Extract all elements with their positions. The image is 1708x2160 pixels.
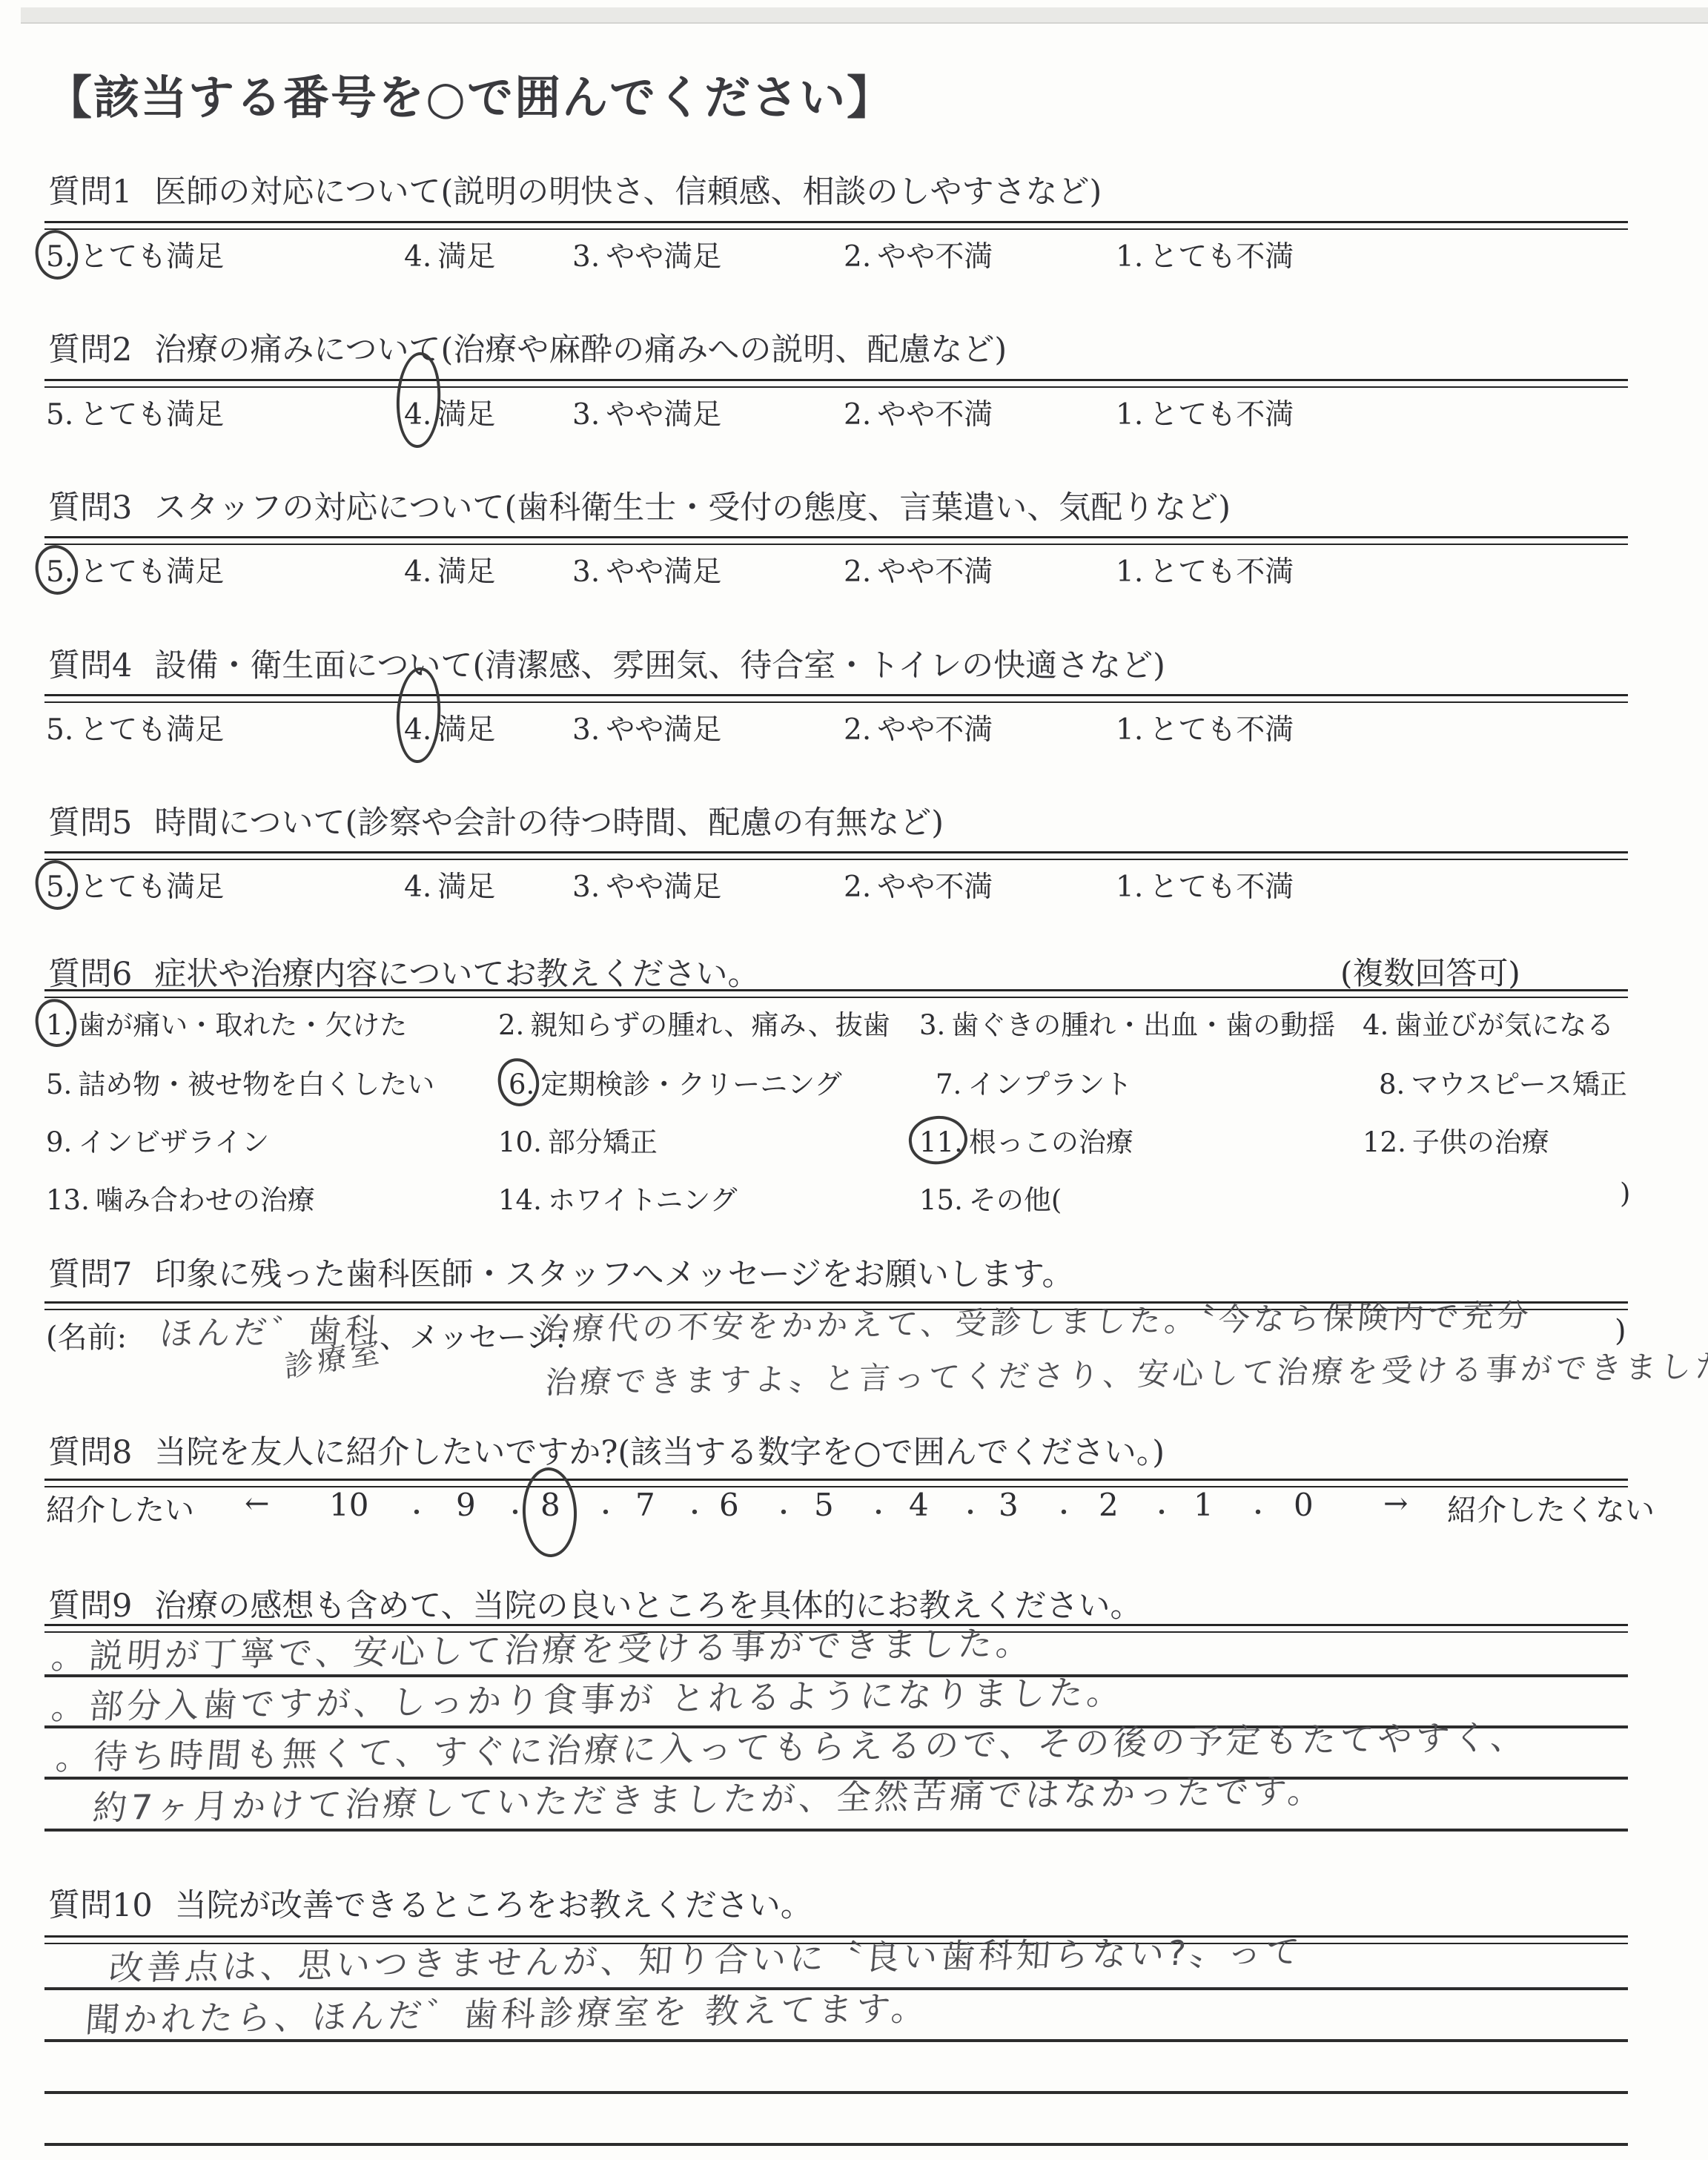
q3-opt-5-num: 5. — [46, 555, 73, 589]
q6-item-15-label: その他( — [969, 1184, 1062, 1216]
q4-options-row: 5.とても満足 4.満足 3.やや満足 2.やや不満 1.とても不満 — [0, 707, 1708, 753]
q10-answer-line-4 — [44, 2143, 1628, 2146]
q8-score-2-num: 2 — [1099, 1487, 1119, 1523]
q8-dot: ・ — [771, 1493, 796, 1529]
q2-opt-3: 3.やや満足 — [572, 392, 721, 433]
q3-opt-3: 3.やや満足 — [572, 549, 721, 590]
q4-opt-2: 2.やや不満 — [844, 707, 993, 748]
q8-scale-row: 紹介したい ← 10 ・ 9 ・ 8 ・ 7 ・ 6 ・ 5 ・ 4 ・ 3 ・… — [0, 1487, 1708, 1539]
form-title: 【該当する番号を○で囲んでください】 — [46, 61, 894, 127]
q1-opt-1-label: とても不満 — [1149, 240, 1294, 274]
q10-answer-line-3 — [44, 2091, 1628, 2094]
q6-item-10-num: 10. — [498, 1126, 542, 1158]
q3-heading: スタッフの対応について(歯科衛生士・受付の態度、言葉遣い、気配りなど) — [154, 483, 1231, 528]
q6-item-6-num: 6. — [509, 1069, 534, 1100]
q2-opt-2-label: やや不満 — [877, 398, 993, 432]
q3-opt-5: 5.とても満足 — [46, 549, 224, 590]
q1-opt-3: 3.やや満足 — [572, 234, 721, 275]
rule-under-q4 — [44, 694, 1628, 703]
q5-opt-3: 3.やや満足 — [572, 864, 721, 905]
q10-label: 質問10 — [48, 1880, 153, 1926]
q8-dot: ・ — [958, 1493, 983, 1529]
q8-score-1-num: 1 — [1194, 1487, 1214, 1523]
q3-opt-2-num: 2. — [844, 555, 871, 589]
q6-heading: 症状や治療内容についてお教えください。 — [154, 949, 759, 994]
q6-item-12: 12.子供の治療 — [1363, 1120, 1549, 1160]
q6-item-11-label: 根っこの治療 — [969, 1126, 1133, 1158]
scan-artifact-band — [21, 7, 1708, 24]
q7-message-line2-handwritten: 治療できますよ〟と言ってくださり、安心して治療を受ける事ができました。 — [544, 1341, 1708, 1403]
q1-opt-4-num: 4. — [404, 240, 431, 274]
q3-opt-1-num: 1. — [1116, 555, 1143, 589]
q2-opt-5-num: 5. — [46, 398, 73, 432]
q4-opt-4-num: 4. — [404, 713, 431, 747]
q6-item-14-num: 14. — [498, 1184, 542, 1216]
q8-dot: ・ — [593, 1493, 618, 1529]
q7-message-line1-handwritten: 治療代の不安をかかえて、受診しました。〝今なら保険内で充分 — [537, 1291, 1534, 1350]
q2-heading: 治療の痛みについて(治療や麻酔の痛みへの説明、配慮など) — [154, 325, 1007, 370]
q4-opt-3: 3.やや満足 — [572, 707, 721, 748]
q1-opt-2-label: やや不満 — [877, 240, 993, 274]
q6-item-5-num: 5. — [46, 1069, 72, 1100]
q7-name-prefix: (名前: — [46, 1314, 127, 1356]
q5-opt-4: 4.満足 — [404, 864, 495, 905]
q6-item-7-label: インプラント — [967, 1069, 1132, 1100]
q3-opt-1-label: とても不満 — [1149, 555, 1294, 589]
q6-item-15-num: 15. — [919, 1184, 963, 1216]
q8-score-0-num: 0 — [1294, 1487, 1314, 1523]
q4-opt-5: 5.とても満足 — [46, 707, 224, 748]
q1-opt-5-label: とても満足 — [79, 240, 224, 274]
q4-opt-1-label: とても不満 — [1149, 713, 1294, 747]
rule-under-q5 — [44, 851, 1628, 860]
q5-heading: 時間について(診察や会計の待つ時間、配慮の有無など) — [154, 798, 944, 843]
q6-item-4-num: 4. — [1363, 1009, 1388, 1041]
q5-label: 質問5 — [48, 798, 132, 843]
q6-label: 質問6 — [48, 949, 132, 994]
q5-opt-2-num: 2. — [844, 871, 871, 904]
q6-item-3: 3.歯ぐきの腫れ・出血・歯の動揺 — [919, 1003, 1335, 1043]
q6-item-8-label: マウスピース矯正 — [1411, 1069, 1627, 1100]
q1-opt-2-num: 2. — [844, 240, 871, 274]
q4-opt-4-label: 満足 — [437, 713, 495, 747]
q6-item-3-label: 歯ぐきの腫れ・出血・歯の動揺 — [951, 1009, 1335, 1041]
q6-item-11: 11.根っこの治療 — [919, 1120, 1133, 1160]
q6-item-5-label: 詰め物・被せ物を白くしたい — [78, 1069, 434, 1100]
q3-options-row: 5.とても満足 4.満足 3.やや満足 2.やや不満 1.とても不満 — [0, 549, 1708, 595]
q2-opt-4-num: 4. — [404, 398, 431, 432]
rule-under-q3 — [44, 536, 1628, 545]
q4-opt-1: 1.とても不満 — [1116, 707, 1294, 748]
q8-dot: ・ — [1149, 1493, 1174, 1529]
q6-item-11-num: 11. — [919, 1126, 963, 1158]
q2-opt-3-label: やや満足 — [606, 398, 721, 432]
q8-score-6: 6 — [719, 1487, 739, 1523]
q3-opt-3-label: やや満足 — [606, 555, 721, 589]
q5-opt-5-label: とても満足 — [79, 871, 224, 904]
q5-opt-3-num: 3. — [572, 871, 600, 904]
q6-item-7: 7.インプラント — [936, 1062, 1132, 1102]
q7-label: 質問7 — [48, 1249, 132, 1295]
q8-score-8-num: 8 — [540, 1487, 560, 1523]
q8-score-10-num: 10 — [329, 1487, 368, 1523]
q4-label: 質問4 — [48, 641, 132, 686]
q10-answer-line-2 — [44, 2039, 1628, 2042]
q1-opt-4-label: 満足 — [437, 240, 495, 274]
q6-item-13-label: 噛み合わせの治療 — [96, 1184, 315, 1216]
q6-item-9-label: インビザライン — [78, 1126, 269, 1158]
q8-dot: ・ — [1051, 1493, 1076, 1529]
q8-score-9: 9 — [456, 1487, 476, 1523]
q9-label: 質問9 — [48, 1581, 132, 1626]
q6-item-6: 6.定期検診・クリーニング — [509, 1062, 842, 1102]
q2-opt-4-label: 満足 — [437, 398, 495, 432]
q2-heading-row: 質問2 治療の痛みについて(治療や麻酔の痛みへの説明、配慮など) — [48, 325, 1007, 370]
q3-opt-4-num: 4. — [404, 555, 431, 589]
q6-item-13-num: 13. — [46, 1184, 90, 1216]
q1-opt-3-num: 3. — [572, 240, 600, 274]
q8-score-6-num: 6 — [719, 1487, 739, 1523]
q3-opt-3-num: 3. — [572, 555, 600, 589]
q6-row-2: 5.詰め物・被せ物を白くしたい 6.定期検診・クリーニング 7.インプラント 8… — [0, 1062, 1708, 1108]
q6-item-12-num: 12. — [1363, 1126, 1406, 1158]
q8-score-7: 7 — [635, 1487, 655, 1523]
q3-opt-1: 1.とても不満 — [1116, 549, 1294, 590]
q6-row-4: 13.噛み合わせの治療 14.ホワイトニング 15.その他( ) — [0, 1178, 1708, 1223]
q2-opt-5: 5.とても満足 — [46, 392, 224, 433]
q6-item-9-num: 9. — [46, 1126, 72, 1158]
q10-answer-line-2-handwritten: 聞かれたら、ほんだ゛歯科診療室を 教えてます。 — [84, 1981, 931, 2042]
q4-opt-2-num: 2. — [844, 713, 871, 747]
q4-heading-row: 質問4 設備・衛生面について(清潔感、雰囲気、待合室・トイレの快適さなど) — [48, 641, 1165, 686]
q6-item-8: 8.マウスピース矯正 — [1379, 1062, 1627, 1102]
q1-opt-5: 5.とても満足 — [46, 234, 224, 275]
q8-right-arrow: → — [1383, 1487, 1409, 1521]
q2-opt-1-label: とても不満 — [1149, 398, 1294, 432]
q8-left-label: 紹介したい — [46, 1487, 194, 1529]
q5-options-row: 5.とても満足 4.満足 3.やや満足 2.やや不満 1.とても不満 — [0, 864, 1708, 910]
q4-opt-1-num: 1. — [1116, 713, 1143, 747]
q2-opt-1-num: 1. — [1116, 398, 1143, 432]
q8-score-9-num: 9 — [456, 1487, 476, 1523]
q10-answer-line-1-handwritten: 改善点は、思いつきませんが、知り合いに〝良い歯科知らない?〟って — [107, 1925, 1305, 1991]
q10-heading-row: 質問10 当院が改善できるところをお教えください。 — [48, 1880, 812, 1926]
q8-dot: ・ — [866, 1493, 891, 1529]
q8-dot: ・ — [1245, 1493, 1271, 1529]
q1-heading: 医師の対応について(説明の明快さ、信頼感、相談のしやすさなど) — [154, 167, 1102, 212]
q6-item-5: 5.詰め物・被せ物を白くしたい — [46, 1062, 434, 1102]
q7-heading: 印象に残った歯科医師・スタッフへメッセージをお願いします。 — [154, 1249, 1073, 1295]
q5-opt-2: 2.やや不満 — [844, 864, 993, 905]
q2-opt-2-num: 2. — [844, 398, 871, 432]
q8-score-5-num: 5 — [814, 1487, 834, 1523]
q7-heading-row: 質問7 印象に残った歯科医師・スタッフへメッセージをお願いします。 — [48, 1249, 1073, 1295]
q6-item-2-label: 親知らずの腫れ、痛み、抜歯 — [530, 1009, 890, 1041]
q8-score-4-num: 4 — [909, 1487, 929, 1523]
q3-heading-row: 質問3 スタッフの対応について(歯科衛生士・受付の態度、言葉遣い、気配りなど) — [48, 483, 1231, 528]
q4-opt-3-num: 3. — [572, 713, 600, 747]
q2-opt-2: 2.やや不満 — [844, 392, 993, 433]
q6-item-4-label: 歯並びが気になる — [1394, 1009, 1614, 1041]
q6-item-8-num: 8. — [1379, 1069, 1405, 1100]
q6-item-1: 1.歯が痛い・取れた・欠けた — [46, 1003, 407, 1043]
q1-heading-row: 質問1 医師の対応について(説明の明快さ、信頼感、相談のしやすさなど) — [48, 167, 1102, 212]
q8-left-arrow: ← — [245, 1487, 270, 1521]
rule-under-q6 — [44, 989, 1628, 998]
q6-row-3: 9.インビザライン 10.部分矯正 11.根っこの治療 12.子供の治療 — [0, 1120, 1708, 1166]
q8-dot: ・ — [682, 1493, 707, 1529]
q2-options-row: 5.とても満足 4.満足 3.やや満足 2.やや不満 1.とても不満 — [0, 392, 1708, 437]
q4-opt-5-num: 5. — [46, 713, 73, 747]
q9-answer-line-4 — [44, 1829, 1628, 1832]
q1-opt-4: 4.満足 — [404, 234, 495, 275]
q5-opt-5: 5.とても満足 — [46, 864, 224, 905]
q2-opt-1: 1.とても不満 — [1116, 392, 1294, 433]
q6-item-4: 4.歯並びが気になる — [1363, 1003, 1614, 1043]
q10-heading: 当院が改善できるところをお教えください。 — [175, 1880, 812, 1926]
q1-opt-1-num: 1. — [1116, 240, 1143, 274]
q6-item-3-num: 3. — [919, 1009, 945, 1041]
q5-opt-1-num: 1. — [1116, 871, 1143, 904]
q1-opt-1: 1.とても不満 — [1116, 234, 1294, 275]
q6-item-6-label: 定期検診・クリーニング — [540, 1069, 841, 1100]
q6-heading-row: 質問6 症状や治療内容についてお教えください。 — [48, 949, 760, 994]
q8-dot: ・ — [404, 1493, 429, 1529]
q8-score-2: 2 — [1099, 1487, 1119, 1523]
q8-score-7-num: 7 — [635, 1487, 655, 1523]
q4-opt-2-label: やや不満 — [877, 713, 993, 747]
q6-item-1-num: 1. — [46, 1009, 72, 1041]
q6-other-close-paren: ) — [1620, 1178, 1630, 1209]
q6-item-14-label: ホワイトニング — [548, 1184, 738, 1216]
q8-dot: ・ — [503, 1493, 528, 1529]
q4-opt-5-label: とても満足 — [79, 713, 224, 747]
q8-score-5: 5 — [814, 1487, 834, 1523]
q3-opt-4-label: 満足 — [437, 555, 495, 589]
q5-opt-3-label: やや満足 — [606, 871, 721, 904]
q1-opt-5-num: 5. — [46, 240, 73, 274]
q1-opt-2: 2.やや不満 — [844, 234, 993, 275]
q1-label: 質問1 — [48, 167, 132, 212]
q1-opt-3-label: やや満足 — [606, 240, 721, 274]
q5-heading-row: 質問5 時間について(診察や会計の待つ時間、配慮の有無など) — [48, 798, 944, 843]
q5-opt-1: 1.とても不満 — [1116, 864, 1294, 905]
q6-item-9: 9.インビザライン — [46, 1120, 269, 1160]
q6-item-2: 2.親知らずの腫れ、痛み、抜歯 — [498, 1003, 890, 1043]
q5-opt-5-num: 5. — [46, 871, 73, 904]
q8-score-0: 0 — [1294, 1487, 1314, 1523]
q8-label: 質問8 — [48, 1427, 132, 1473]
scanned-survey-form: 【該当する番号を○で囲んでください】 質問1 医師の対応について(説明の明快さ、… — [0, 0, 1708, 2160]
q3-opt-4: 4.満足 — [404, 549, 495, 590]
q6-item-15: 15.その他( — [919, 1178, 1062, 1218]
q4-heading: 設備・衛生面について(清潔感、雰囲気、待合室・トイレの快適さなど) — [154, 641, 1165, 686]
q2-opt-5-label: とても満足 — [79, 398, 224, 432]
q8-score-4: 4 — [909, 1487, 929, 1523]
q8-heading-row: 質問8 当院を友人に紹介したいですか?(該当する数字を○で囲んでください。) — [48, 1427, 1165, 1473]
q5-opt-4-num: 4. — [404, 871, 431, 904]
q5-opt-2-label: やや不満 — [877, 871, 993, 904]
q3-opt-5-label: とても満足 — [79, 555, 224, 589]
rule-under-q2 — [44, 379, 1628, 388]
q3-opt-2-label: やや不満 — [877, 555, 993, 589]
q4-opt-4: 4.満足 — [404, 707, 495, 748]
q6-row-1: 1.歯が痛い・取れた・欠けた 2.親知らずの腫れ、痛み、抜歯 3.歯ぐきの腫れ・… — [0, 1003, 1708, 1048]
q6-item-1-label: 歯が痛い・取れた・欠けた — [78, 1009, 407, 1041]
rule-under-q1 — [44, 221, 1628, 230]
q8-score-3-num: 3 — [999, 1487, 1019, 1523]
q6-multi-answer-note: (複数回答可) — [1340, 949, 1520, 994]
q3-opt-2: 2.やや不満 — [844, 549, 993, 590]
q8-score-10: 10 — [329, 1487, 368, 1523]
q6-item-13: 13.噛み合わせの治療 — [46, 1178, 315, 1218]
q6-item-10-label: 部分矯正 — [548, 1126, 658, 1158]
q3-label: 質問3 — [48, 483, 132, 528]
q2-opt-3-num: 3. — [572, 398, 600, 432]
q6-item-12-label: 子供の治療 — [1412, 1126, 1549, 1158]
q5-opt-1-label: とても不満 — [1149, 871, 1294, 904]
q8-score-8: 8 — [540, 1487, 560, 1523]
q6-item-14: 14.ホワイトニング — [498, 1178, 738, 1218]
q8-score-1: 1 — [1194, 1487, 1214, 1523]
q8-right-label: 紹介したくない — [1447, 1487, 1655, 1529]
q4-opt-3-label: やや満足 — [606, 713, 721, 747]
q5-opt-4-label: 満足 — [437, 871, 495, 904]
q2-opt-4: 4.満足 — [404, 392, 495, 433]
q1-options-row: 5.とても満足 4.満足 3.やや満足 2.やや不満 1.とても不満 — [0, 234, 1708, 280]
q6-item-2-num: 2. — [498, 1009, 524, 1041]
q8-score-3: 3 — [999, 1487, 1019, 1523]
q6-item-7-num: 7. — [936, 1069, 961, 1100]
q2-label: 質問2 — [48, 325, 132, 370]
q8-heading: 当院を友人に紹介したいですか?(該当する数字を○で囲んでください。) — [154, 1427, 1165, 1473]
q6-item-10: 10.部分矯正 — [498, 1120, 658, 1160]
